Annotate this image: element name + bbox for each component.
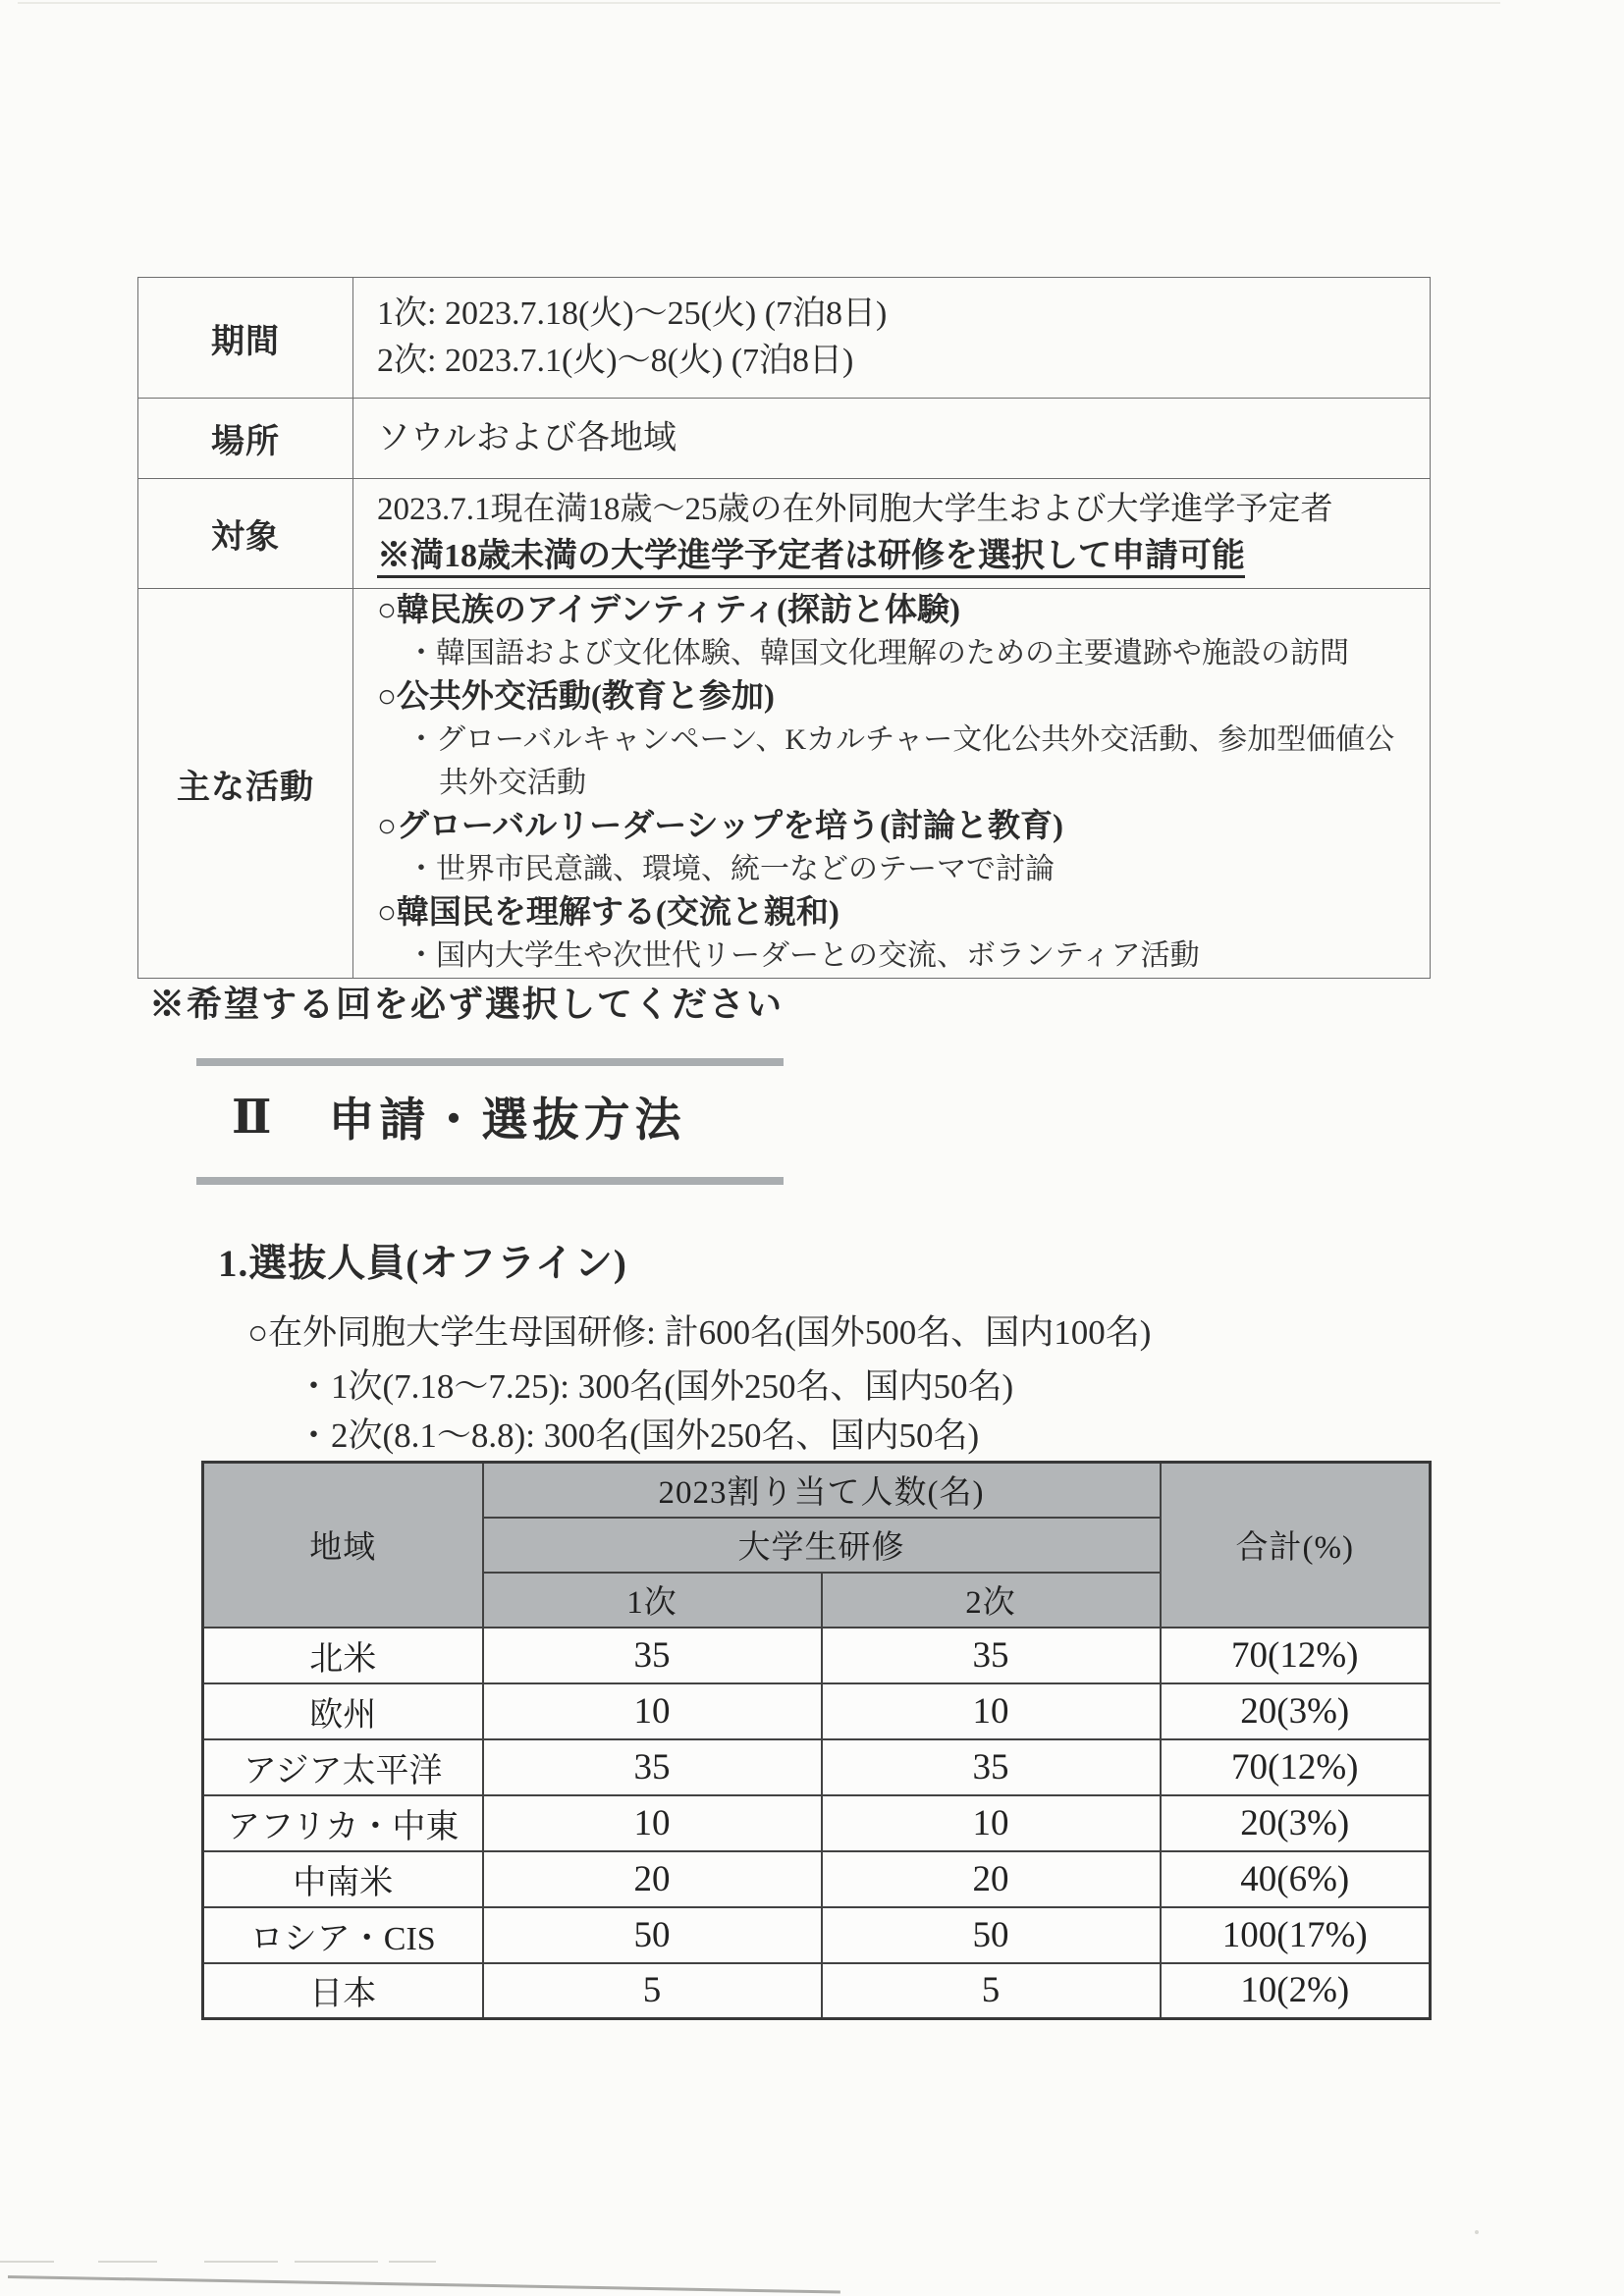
section-title-row: Ⅱ 申請・選抜方法 <box>196 1066 784 1163</box>
selection-summary-line: ・2次(8.1〜8.8): 300名(国外250名、国内50名) <box>297 1409 979 1458</box>
period-line-1: 1次: 2023.7.18(火)〜25(火) (7泊8日) <box>377 291 1416 338</box>
table-row: ロシア・CIS 50 50 100(17%) <box>203 1907 1431 1963</box>
scan-artifact-dash <box>295 2261 378 2263</box>
region-cell: ロシア・CIS <box>203 1907 483 1963</box>
selection-summary-line: ○在外同胞大学生母国研修: 計600名(国外500名、国内100名) <box>247 1306 1151 1355</box>
round1-cell: 50 <box>483 1907 822 1963</box>
activity-heading: ○韓民族のアイデンティティ(探訪と体験) <box>377 589 1416 632</box>
round1-cell: 20 <box>483 1851 822 1907</box>
scan-artifact-dash <box>98 2261 157 2263</box>
activity-detail: ・世界市民意識、環境、統一などのテーマで討論 <box>377 848 1416 891</box>
table-row: アジア太平洋 35 35 70(12%) <box>203 1739 1431 1795</box>
header-total: 合計(%) <box>1161 1463 1431 1628</box>
region-cell: アジア太平洋 <box>203 1739 483 1795</box>
round2-cell: 20 <box>822 1851 1161 1907</box>
table-row: 主な活動 ○韓民族のアイデンティティ(探訪と体験) ・韓国語および文化体験、韓国… <box>138 589 1431 979</box>
section-banner: Ⅱ 申請・選抜方法 <box>196 1058 784 1185</box>
info-label-period: 期間 <box>138 278 353 399</box>
round1-cell: 10 <box>483 1683 822 1739</box>
banner-bar-bottom <box>196 1177 784 1185</box>
table-row: 期間 1次: 2023.7.18(火)〜25(火) (7泊8日) 2次: 202… <box>138 278 1431 399</box>
table-row: 場所 ソウルおよび各地域 <box>138 399 1431 479</box>
scan-artifact-top-edge <box>18 2 1500 4</box>
table-header-row: 地域 2023割り当て人数(名) 合計(%) <box>203 1463 1431 1518</box>
round2-cell: 50 <box>822 1907 1161 1963</box>
activity-detail: ・国内大学生や次世代リーダーとの交流、ボランティア活動 <box>377 934 1416 978</box>
activity-detail: ・グローバルキャンペーン、Kカルチャー文化公共外交活動、参加型価値公共外交活動 <box>377 719 1416 805</box>
subsection-heading: 1.選抜人員(オフライン) <box>218 1233 627 1288</box>
total-cell: 70(12%) <box>1161 1628 1431 1683</box>
place-line: ソウルおよび各地域 <box>377 415 1416 462</box>
info-label-place: 場所 <box>138 399 353 479</box>
region-cell: 日本 <box>203 1963 483 2019</box>
table-row: 対象 2023.7.1現在満18歳〜25歳の在外同胞大学生および大学進学予定者 … <box>138 479 1431 589</box>
header-round2: 2次 <box>822 1573 1161 1628</box>
period-line-2: 2次: 2023.7.1(火)〜8(火) (7泊8日) <box>377 338 1416 385</box>
scan-artifact-speck <box>1475 2230 1479 2234</box>
scan-artifact-bottom-line <box>8 2275 840 2294</box>
table-row: 中南米 20 20 40(6%) <box>203 1851 1431 1907</box>
table-row: 日本 5 5 10(2%) <box>203 1963 1431 2019</box>
allocation-table: 地域 2023割り当て人数(名) 合計(%) 大学生研修 1次 2次 北米 35… <box>201 1461 1432 2020</box>
selection-note: ※希望する回を必ず選択してください <box>149 977 784 1027</box>
scan-artifact-dash <box>204 2261 278 2263</box>
round2-cell: 5 <box>822 1963 1161 2019</box>
scan-artifact-dash <box>0 2261 54 2263</box>
table-row: アフリカ・中東 10 10 20(3%) <box>203 1795 1431 1851</box>
target-line-2: ※満18歳未満の大学進学予定者は研修を選択して申請可能 <box>377 532 1416 581</box>
target-line-1: 2023.7.1現在満18歳〜25歳の在外同胞大学生および大学進学予定者 <box>377 487 1416 532</box>
info-cell-period: 1次: 2023.7.18(火)〜25(火) (7泊8日) 2次: 2023.7… <box>353 278 1431 399</box>
scanned-document-page: 期間 1次: 2023.7.18(火)〜25(火) (7泊8日) 2次: 202… <box>0 0 1624 2296</box>
activity-heading: ○韓国民を理解する(交流と親和) <box>377 891 1416 934</box>
selection-summary-line: ・1次(7.18〜7.25): 300名(国外250名、国内50名) <box>297 1360 1013 1409</box>
round1-cell: 5 <box>483 1963 822 2019</box>
info-cell-target: 2023.7.1現在満18歳〜25歳の在外同胞大学生および大学進学予定者 ※満1… <box>353 479 1431 589</box>
round2-cell: 35 <box>822 1739 1161 1795</box>
header-region: 地域 <box>203 1463 483 1628</box>
header-training: 大学生研修 <box>483 1518 1161 1573</box>
section-title: 申請・選抜方法 <box>328 1084 685 1149</box>
round2-cell: 35 <box>822 1628 1161 1683</box>
table-row: 北米 35 35 70(12%) <box>203 1628 1431 1683</box>
round1-cell: 35 <box>483 1628 822 1683</box>
activity-heading: ○グローバルリーダーシップを培う(討論と教育) <box>377 805 1416 848</box>
region-cell: 北米 <box>203 1628 483 1683</box>
activity-heading: ○公共外交活動(教育と参加) <box>377 675 1416 719</box>
info-cell-place: ソウルおよび各地域 <box>353 399 1431 479</box>
total-cell: 20(3%) <box>1161 1683 1431 1739</box>
scan-artifact-dash <box>389 2261 436 2263</box>
total-cell: 20(3%) <box>1161 1795 1431 1851</box>
total-cell: 70(12%) <box>1161 1739 1431 1795</box>
round2-cell: 10 <box>822 1795 1161 1851</box>
info-label-target: 対象 <box>138 479 353 589</box>
program-info-table: 期間 1次: 2023.7.18(火)〜25(火) (7泊8日) 2次: 202… <box>137 277 1431 979</box>
section-numeral: Ⅱ <box>232 1090 271 1145</box>
region-cell: 中南米 <box>203 1851 483 1907</box>
banner-bar-top <box>196 1058 784 1066</box>
header-round1: 1次 <box>483 1573 822 1628</box>
info-label-activities: 主な活動 <box>138 589 353 979</box>
info-cell-activities: ○韓民族のアイデンティティ(探訪と体験) ・韓国語および文化体験、韓国文化理解の… <box>353 589 1431 979</box>
total-cell: 100(17%) <box>1161 1907 1431 1963</box>
total-cell: 40(6%) <box>1161 1851 1431 1907</box>
region-cell: 欧州 <box>203 1683 483 1739</box>
round1-cell: 35 <box>483 1739 822 1795</box>
total-cell: 10(2%) <box>1161 1963 1431 2019</box>
round1-cell: 10 <box>483 1795 822 1851</box>
table-row: 欧州 10 10 20(3%) <box>203 1683 1431 1739</box>
activity-detail: ・韓国語および文化体験、韓国文化理解のための主要遺跡や施設の訪問 <box>377 632 1416 675</box>
round2-cell: 10 <box>822 1683 1161 1739</box>
region-cell: アフリカ・中東 <box>203 1795 483 1851</box>
header-allocation: 2023割り当て人数(名) <box>483 1463 1161 1518</box>
target-underlined-text: ※満18歳未満の大学進学予定者は研修を選択して申請可能 <box>377 538 1245 578</box>
